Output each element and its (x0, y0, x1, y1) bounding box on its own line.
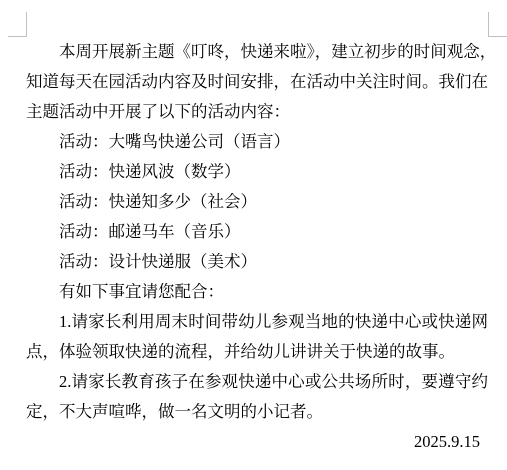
text-line[interactable]: 主题活动中开展了以下的活动内容： (26, 97, 488, 127)
text-line[interactable]: 活动：大嘴鸟快递公司（语言） (26, 127, 488, 157)
text-line[interactable]: 定，不大声喧哗，做一名文明的小记者。 (26, 397, 488, 427)
text-line[interactable]: 2.请家长教育孩子在参观快递中心或公共场所时，要遵守约 (26, 367, 488, 397)
text-line[interactable]: 活动：设计快递服（美术） (26, 247, 488, 277)
margin-crop-mark-top-left (8, 12, 27, 37)
text-line[interactable]: 知道每天在园活动内容及时间安排，在活动中关注时间。我们在 (26, 67, 488, 97)
document-text-area[interactable]: 本周开展新主题《叮咚，快递来啦》，建立初步的时间观念，知道每天在园活动内容及时间… (26, 37, 488, 457)
margin-crop-mark-top-right (488, 12, 507, 37)
date-line[interactable]: 2025.9.15 (26, 427, 488, 457)
text-line[interactable]: 本周开展新主题《叮咚，快递来啦》，建立初步的时间观念， (26, 37, 488, 67)
text-line[interactable]: 活动：快递风波（数学） (26, 157, 488, 187)
document-page: 本周开展新主题《叮咚，快递来啦》，建立初步的时间观念，知道每天在园活动内容及时间… (0, 0, 507, 470)
text-line[interactable]: 活动：邮递马车（音乐） (26, 217, 488, 247)
text-line[interactable]: 点，体验领取快递的流程，并给幼儿讲讲关于快递的故事。 (26, 337, 488, 367)
text-line[interactable]: 有如下事宜请您配合： (26, 277, 488, 307)
text-line[interactable]: 活动：快递知多少（社会） (26, 187, 488, 217)
text-line[interactable]: 1.请家长利用周末时间带幼儿参观当地的快递中心或快递网 (26, 307, 488, 337)
